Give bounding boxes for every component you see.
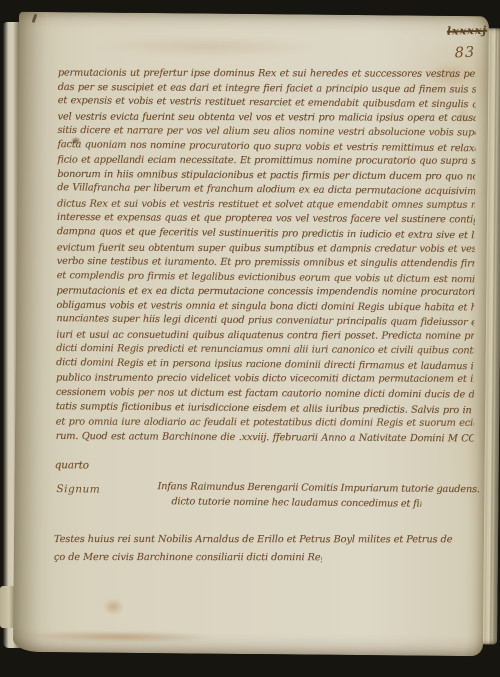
witness-clause-line: Testes huius rei sunt Nobilis Arnaldus d… bbox=[54, 531, 474, 549]
manuscript-text-line: dictus Rex et sui vobis et vestris resti… bbox=[57, 197, 475, 213]
signum-clause: Infans Raimundus Berengarii Comitis Impu… bbox=[157, 479, 479, 512]
manuscript-text-line: rum. Quod est actum Barchinone die .xxvi… bbox=[56, 430, 474, 447]
cancelled-foliation-mark: lxxxxj bbox=[447, 23, 489, 37]
bottom-edge-smear bbox=[13, 626, 248, 646]
witness-clause-line: ço de Mere civis Barchinone consiliarii … bbox=[54, 548, 322, 566]
manuscript-text-line: iuri et usui ac consuetudini quibus aliq… bbox=[56, 328, 474, 344]
manuscript-text-line: vel vestris evicta fuerint seu obtenta v… bbox=[58, 110, 476, 126]
manuscript-text-line: permutacionis et ex ea dicta permutacion… bbox=[56, 285, 474, 301]
ink-showthrough-stain bbox=[57, 30, 357, 63]
manuscript-text-line: et pro omnia iure alodiario ac feudali e… bbox=[56, 416, 474, 432]
closing-word: quarto bbox=[55, 458, 89, 473]
manuscript-text-line: ficio et appellandi eciam necessitate. E… bbox=[57, 154, 475, 170]
page-tilt-wrapper: lxxxxj 83 permutacionis ut prefertur ips… bbox=[0, 0, 500, 677]
manuscript-text-line: evictum fuerit seu obtentum super quibus… bbox=[57, 241, 475, 257]
manuscript-text-line: publico instrumento precio videlicet vob… bbox=[56, 372, 474, 388]
signum-clause-line: dicto tutorie nomine hec laudamus conced… bbox=[171, 494, 421, 511]
witness-clause: Testes huius rei sunt Nobilis Arnaldus d… bbox=[54, 531, 474, 566]
folio-number: 83 bbox=[454, 45, 475, 62]
signum-label: Signum bbox=[56, 483, 100, 495]
round-stain-bottom-left bbox=[101, 597, 125, 617]
manuscript-page: lxxxxj 83 permutacionis ut prefertur ips… bbox=[13, 12, 489, 656]
manuscript-text-line: permutacionis ut prefertur ipse dominus … bbox=[58, 67, 476, 83]
photographed-book: lxxxxj 83 permutacionis ut prefertur ips… bbox=[0, 0, 500, 677]
main-text-block: permutacionis ut prefertur ipse dominus … bbox=[56, 66, 476, 447]
paper-fiber-mark bbox=[32, 14, 38, 23]
